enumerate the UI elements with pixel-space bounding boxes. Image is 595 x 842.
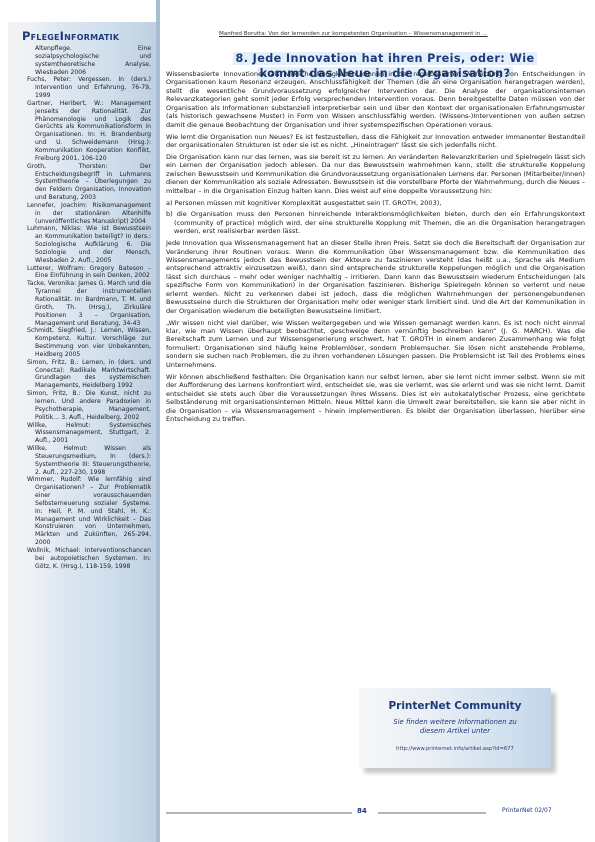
body-paragraph: Wir können abschließend festhalten: Die … <box>166 373 585 424</box>
reference-item: Simon, Fritz, B.: Lernen, in (ders. und … <box>27 359 151 390</box>
running-header: Manfred Borutta: Von der lernenden zur k… <box>219 31 584 37</box>
body-paragraph: Jede Innovation qua Wissensmanagement ha… <box>166 239 585 315</box>
footer-rule-right <box>378 812 486 814</box>
printernet-community-box: PrinterNet Community Sie finden weitere … <box>359 688 551 768</box>
journal-section-brand: PflegeInformatik <box>22 29 152 43</box>
reference-item: Tacke, Veronika: James G. March und die … <box>27 280 151 327</box>
reference-item: Wimmer, Rudolf: Wie lernfähig sind Organ… <box>27 476 151 547</box>
promo-text-line-2: diesem Artikel unter <box>420 727 490 735</box>
reference-item: Wollnik, Michael: Interventionschancen b… <box>27 547 151 571</box>
reference-item: Willke, Helmut: Systemisches Wissensmana… <box>27 422 151 446</box>
reference-item: Lutterer, Wolfram: Gregory Bateson – Ein… <box>27 265 151 281</box>
reference-item: Groth, Thorsten: Der Entscheidungsbegrif… <box>27 163 151 202</box>
reference-item: Schmidt, Siegfried, J.: Lernen, Wissen, … <box>27 327 151 358</box>
promo-text: Sie finden weitere Informationen zu dies… <box>359 718 551 736</box>
article-body: Wissensbasierte Innovationen als wirklic… <box>166 70 585 427</box>
reference-item: Willke, Helmut: Wissen als Steuerungsmed… <box>27 445 151 476</box>
promo-title: PrinterNet Community <box>359 700 551 712</box>
reference-item: Fuchs, Peter: Vergessen. In (ders.) Inte… <box>27 76 151 100</box>
section-heading-line-1: 8. Jede Innovation hat ihren Preis, oder… <box>233 52 538 65</box>
footer-rule-left <box>166 812 352 814</box>
reference-item: Gartner, Heribert, W.: Management jensei… <box>27 100 151 163</box>
journal-issue: PrinterNet 02/07 <box>502 807 552 814</box>
list-item: a) Personen müssen mit kognitiver Komple… <box>166 199 585 207</box>
reference-list: Altenpflege. Eine sozialpsychologische u… <box>27 45 151 571</box>
body-paragraph: Die Organisation kann nur das lernen, wa… <box>166 153 585 195</box>
reference-item: Altenpflege. Eine sozialpsychologische u… <box>27 45 151 76</box>
body-paragraph: Wie lernt die Organisation nun Neues? Es… <box>166 133 585 150</box>
page-number: 84 <box>357 807 367 815</box>
list-item: b) die Organisation muss den Personen hi… <box>166 210 585 235</box>
body-paragraph: „Wir wissen nicht viel darüber, wie Wiss… <box>166 319 585 370</box>
reference-item: Lennefer, Joachim: Risikomanagement in d… <box>27 202 151 226</box>
reference-item: Simon, Fritz, B.: Die Kunst, nicht zu le… <box>27 390 151 421</box>
promo-url-link[interactable]: http://www.printernet.info/artikel.asp?i… <box>359 746 551 752</box>
reference-item: Luhmann, Niklas: Wie ist Bewusstsein an … <box>27 225 151 264</box>
sidebar-top-margin <box>8 0 156 22</box>
promo-text-line-1: Sie finden weitere Informationen zu <box>393 718 517 726</box>
body-paragraph: Wissensbasierte Innovationen als wirklic… <box>166 70 585 129</box>
